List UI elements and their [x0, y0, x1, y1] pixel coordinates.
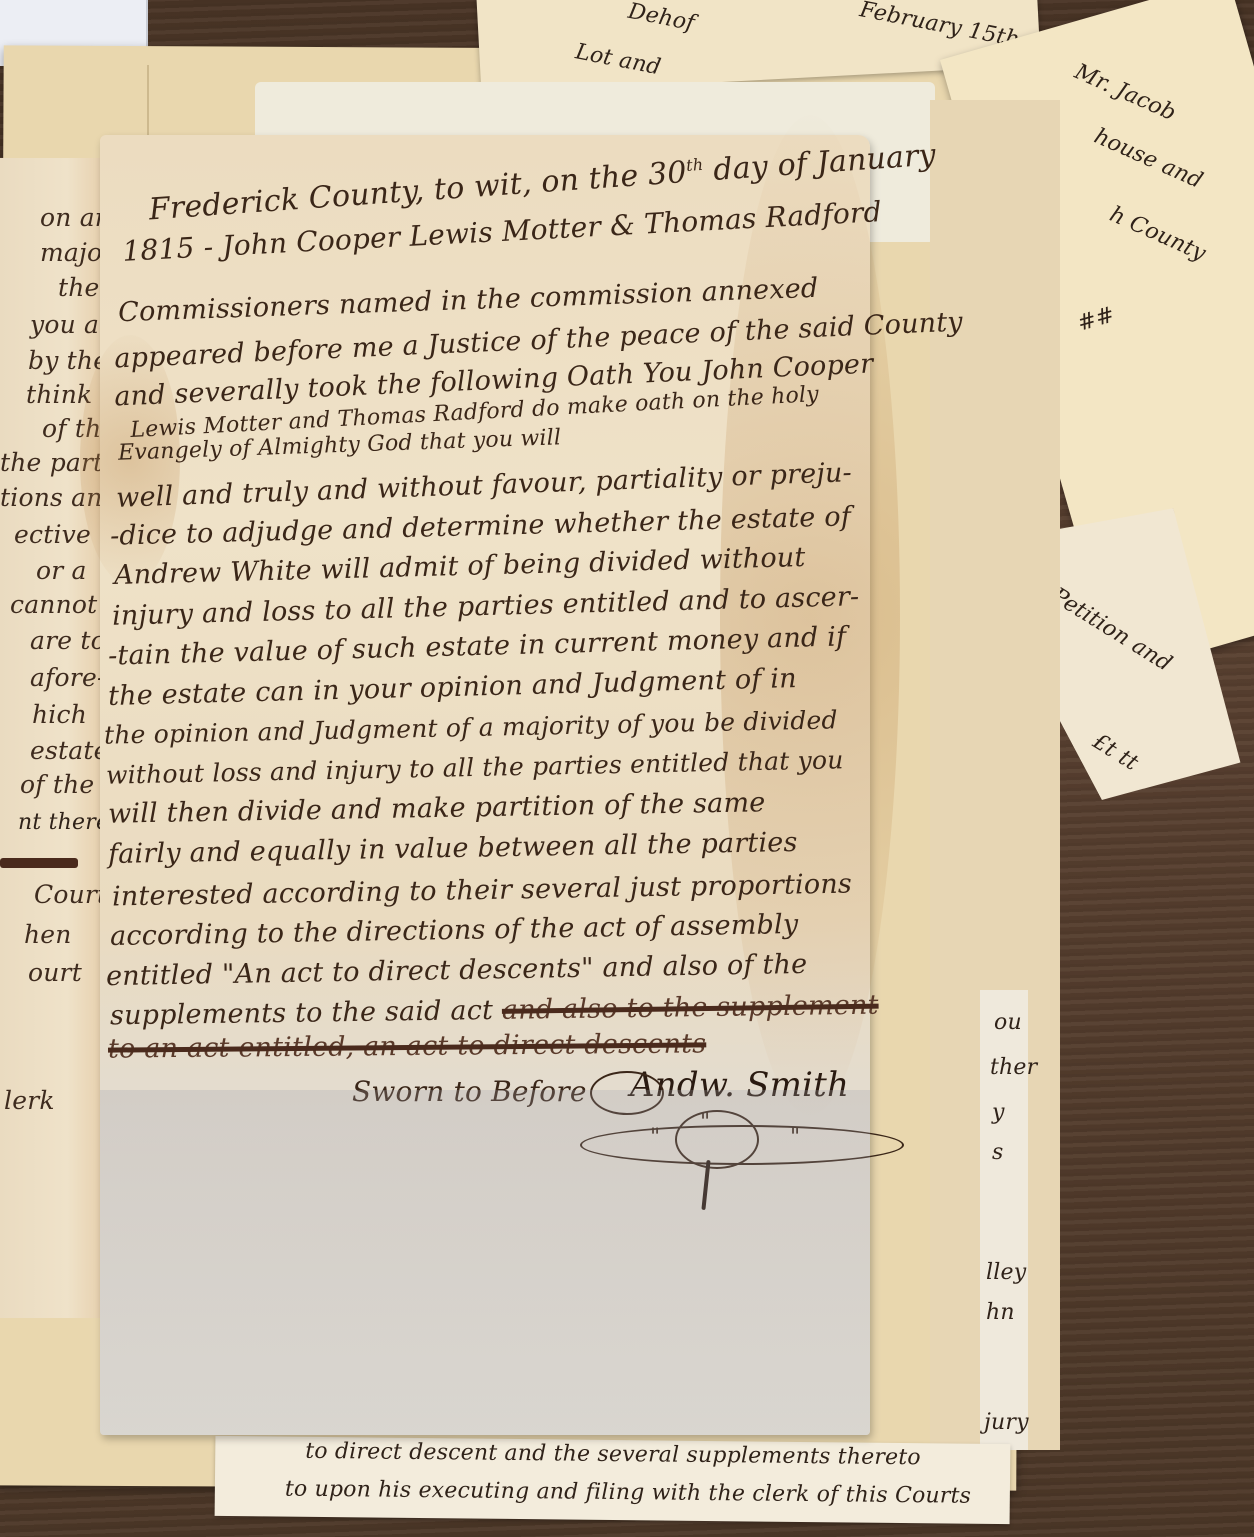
struck-text: to an act entitled, an act to direct des… — [108, 1028, 707, 1064]
body-line: entitled "An act to direct descents" and… — [106, 949, 808, 992]
bottom-paper-strip: to direct descent and the several supple… — [215, 1436, 1011, 1524]
background-page-strip: ou ther y s lley hn jury — [980, 990, 1028, 1450]
left-fragment: the — [58, 273, 100, 302]
fragment-text: s — [992, 1140, 1004, 1165]
left-fragment: afore- — [30, 663, 106, 692]
left-fragment: ourt — [28, 958, 82, 987]
signature-mark: " — [700, 1110, 710, 1135]
left-fragment: lerk — [4, 1086, 55, 1115]
fragment-text: to direct descent and the several supple… — [305, 1439, 921, 1470]
body-line: will then divide and make partition of t… — [108, 787, 766, 829]
fragment-text: hn — [986, 1300, 1015, 1325]
signature-mark: " — [650, 1125, 660, 1150]
signature-mark: " — [790, 1125, 800, 1150]
day-number: 30 — [647, 155, 688, 193]
left-fragment: cannot — [10, 590, 97, 619]
body-line: the estate can in your opinion and Judgm… — [108, 663, 797, 712]
left-fragment: are to — [30, 626, 106, 655]
signature-flourish — [580, 1125, 904, 1165]
left-facing-page: on and majority the you are by the think… — [0, 158, 114, 1318]
fragment-text: Lot and — [573, 39, 663, 80]
manuscript-page: Frederick County, to wit, on the 30th da… — [100, 135, 870, 1435]
left-fragment: or a — [36, 556, 87, 585]
fragment-text: £t tt — [1088, 729, 1142, 776]
fragment-text: h County — [1106, 202, 1210, 267]
signature-flourish — [675, 1110, 759, 1169]
fragment-text: to upon his executing and filing with th… — [285, 1477, 971, 1509]
body-line: fairly and equally in value between all … — [108, 827, 798, 870]
fragment-text: y — [992, 1100, 1005, 1125]
fragment-text: lley — [986, 1260, 1026, 1285]
body-line: according to the directions of the act o… — [110, 909, 799, 952]
day-suffix: th — [685, 155, 703, 175]
fragment-text: house and — [1090, 124, 1206, 194]
left-fragment: of the — [20, 770, 94, 799]
left-fragment: hich — [32, 700, 87, 729]
ink-strikeout — [0, 858, 78, 868]
fragment-text: Dehof — [626, 0, 697, 36]
fragment-text: ther — [990, 1055, 1037, 1080]
fragment-text: ou — [994, 1010, 1022, 1035]
sworn-label: Sworn to Before — [352, 1075, 587, 1108]
fragment-text: jury — [984, 1410, 1029, 1435]
left-fragment: estate — [30, 736, 109, 765]
body-line: Andrew White will admit of being divided… — [114, 542, 806, 591]
signature-flourish — [590, 1071, 664, 1115]
struck-text: and also to the supplement — [502, 990, 879, 1026]
body-line: supplements to the said act — [110, 995, 494, 1031]
left-fragment: Court — [34, 880, 107, 909]
left-fragment: ective — [14, 520, 91, 549]
fragment-text: Petition and — [1047, 583, 1176, 677]
left-fragment: think — [26, 380, 92, 409]
signature: Andw. Smith — [630, 1065, 849, 1105]
signature-tail — [701, 1160, 710, 1210]
fragment-text: ## — [1075, 302, 1118, 336]
left-fragment: hen — [24, 920, 72, 949]
fragment-text: Mr. Jacob — [1071, 59, 1180, 126]
